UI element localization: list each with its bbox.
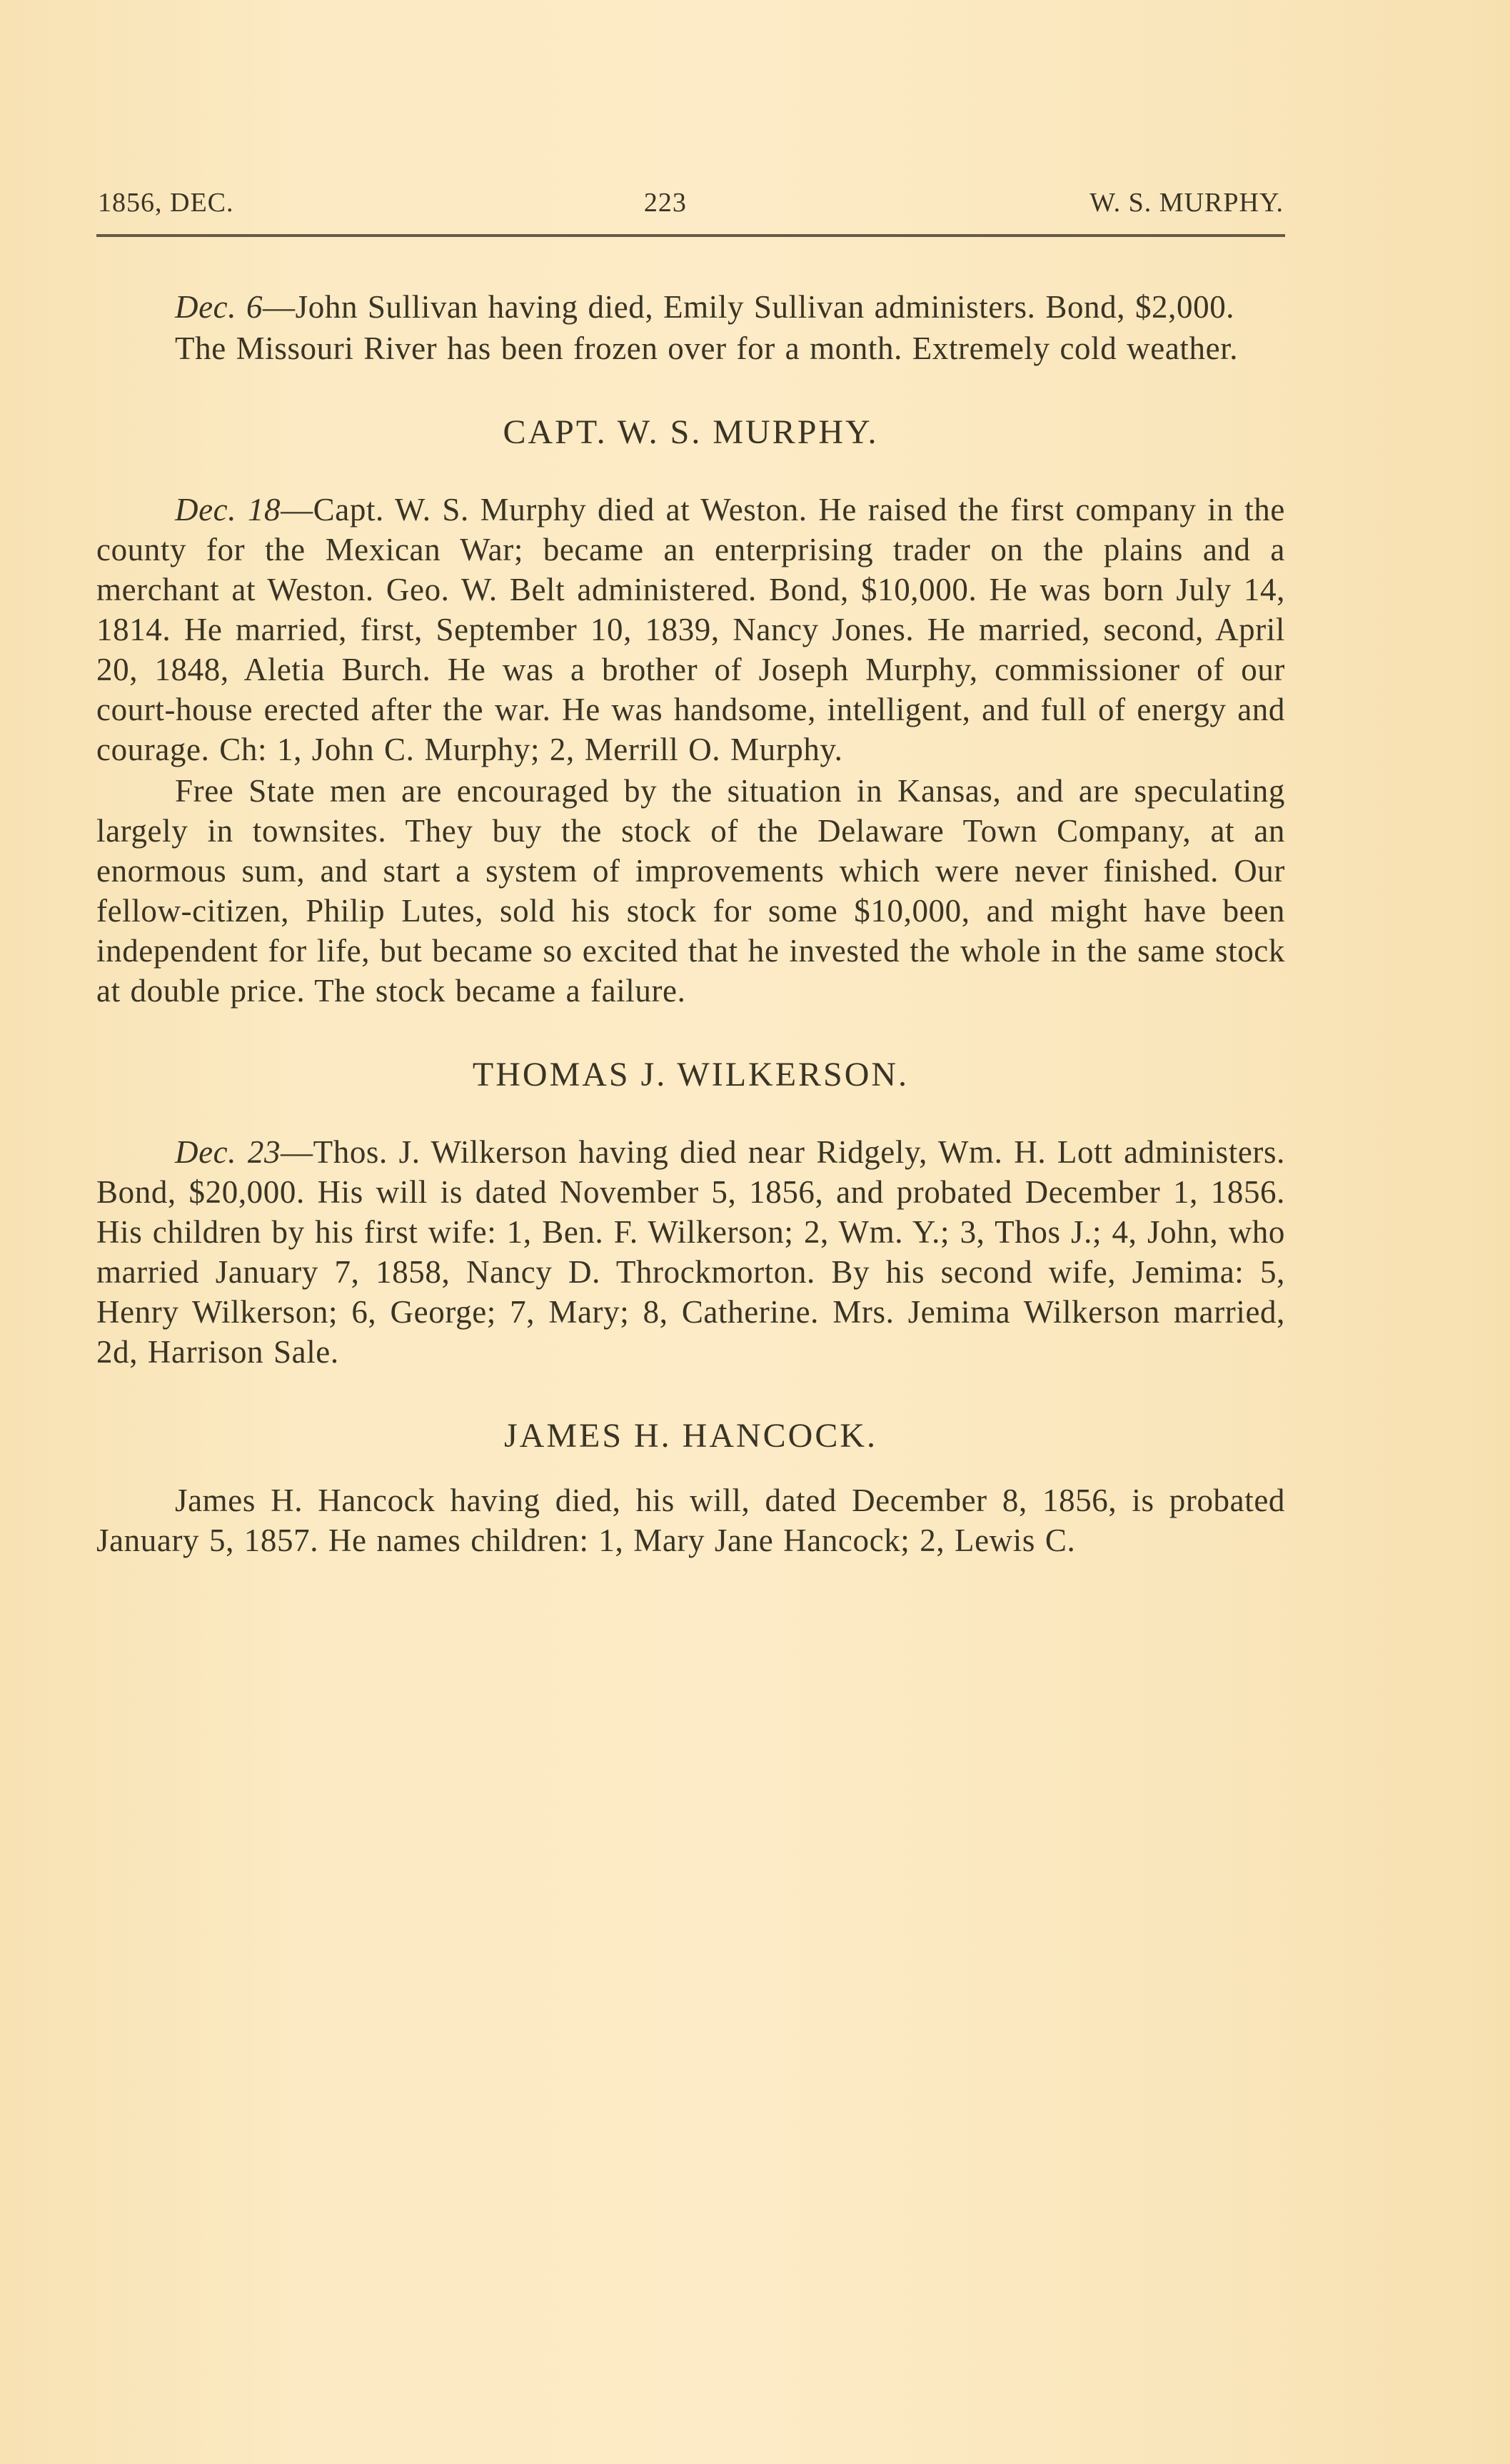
entry-paragraph: The Missouri River has been frozen over … [96,328,1285,368]
entry-text: The Missouri River has been frozen over … [175,330,1238,366]
section-heading: CAPT. W. S. MURPHY. [96,413,1285,453]
entry-paragraph: Free State men are encouraged by the sit… [96,771,1285,1011]
entry-text: —Capt. W. S. Murphy died at Weston. He r… [96,492,1285,767]
running-head: 1856, DEC. 223 W. S. MURPHY. [96,187,1285,220]
entry-paragraph: Dec. 18—Capt. W. S. Murphy died at Westo… [96,490,1285,769]
entry-paragraph: Dec. 23—Thos. J. Wilkerson having died n… [96,1132,1285,1372]
section-heading: JAMES H. HANCOCK. [96,1416,1285,1456]
running-head-date: 1856, DEC. [98,187,234,218]
page-number: 223 [644,187,687,218]
entry-text: —John Sullivan having died, Emily Sulliv… [263,289,1234,325]
section-heading: THOMAS J. WILKERSON. [96,1055,1285,1095]
entry-text: James H. Hancock having died, his will, … [96,1483,1285,1558]
entry-date: Dec. 18 [175,492,281,527]
header-rule [96,234,1285,237]
entry-date: Dec. 6 [175,289,263,325]
entry-text: Free State men are encouraged by the sit… [96,773,1285,1009]
book-page: 1856, DEC. 223 W. S. MURPHY. Dec. 6—John… [96,187,1285,1560]
running-head-subject: W. S. MURPHY. [1089,187,1284,218]
entry-date: Dec. 23 [175,1134,281,1170]
entry-paragraph: Dec. 6—John Sullivan having died, Emily … [96,287,1285,327]
entry-paragraph: James H. Hancock having died, his will, … [96,1480,1285,1560]
